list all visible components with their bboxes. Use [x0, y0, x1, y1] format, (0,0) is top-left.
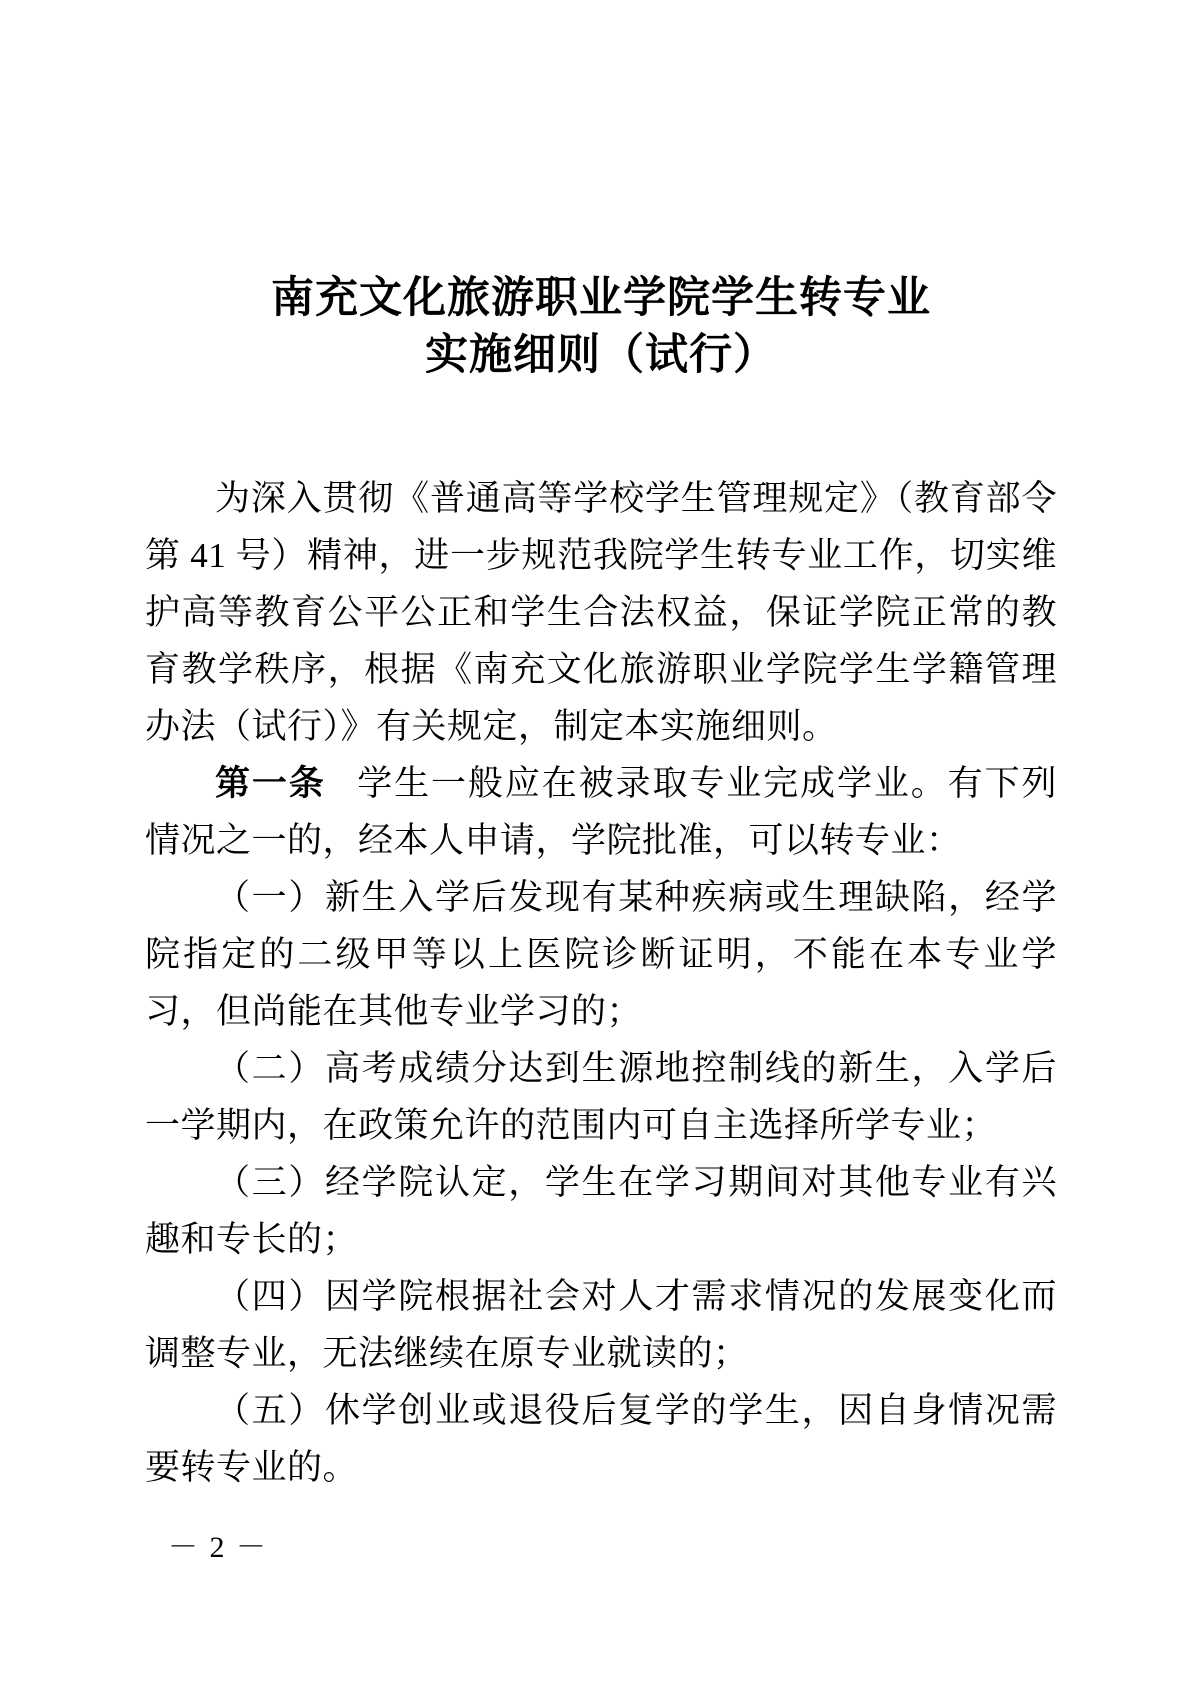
document-title: 南充文化旅游职业学院学生转专业 实施细则（试行） — [145, 270, 1057, 384]
list-item-3: （三）经学院认定，学生在学习期间对其他专业有兴趣和专长的； — [145, 1154, 1057, 1268]
title-line-1: 南充文化旅游职业学院学生转专业 — [145, 270, 1057, 327]
document-content: 南充文化旅游职业学院学生转专业 实施细则（试行） 为深入贯彻《普通高等学校学生管… — [145, 270, 1057, 1496]
title-line-2: 实施细则（试行） — [145, 327, 1057, 384]
list-item-5: （五）休学创业或退役后复学的学生，因自身情况需要转专业的。 — [145, 1382, 1057, 1496]
intro-paragraph: 为深入贯彻《普通高等学校学生管理规定》（教育部令第 41 号）精神，进一步规范我… — [145, 470, 1057, 755]
list-item-1: （一）新生入学后发现有某种疾病或生理缺陷，经学院指定的二级甲等以上医院诊断证明，… — [145, 869, 1057, 1040]
list-item-2: （二）高考成绩分达到生源地控制线的新生，入学后一学期内，在政策允许的范围内可自主… — [145, 1040, 1057, 1154]
list-item-4: （四）因学院根据社会对人才需求情况的发展变化而调整专业，无法继续在原专业就读的； — [145, 1268, 1057, 1382]
article-1-paragraph: 第一条学生一般应在被录取专业完成学业。有下列情况之一的，经本人申请，学院批准，可… — [145, 755, 1057, 869]
article-1-label: 第一条 — [215, 764, 326, 803]
document-page: 南充文化旅游职业学院学生转专业 实施细则（试行） 为深入贯彻《普通高等学校学生管… — [0, 0, 1191, 1684]
page-number: － 2 － — [168, 1530, 268, 1566]
